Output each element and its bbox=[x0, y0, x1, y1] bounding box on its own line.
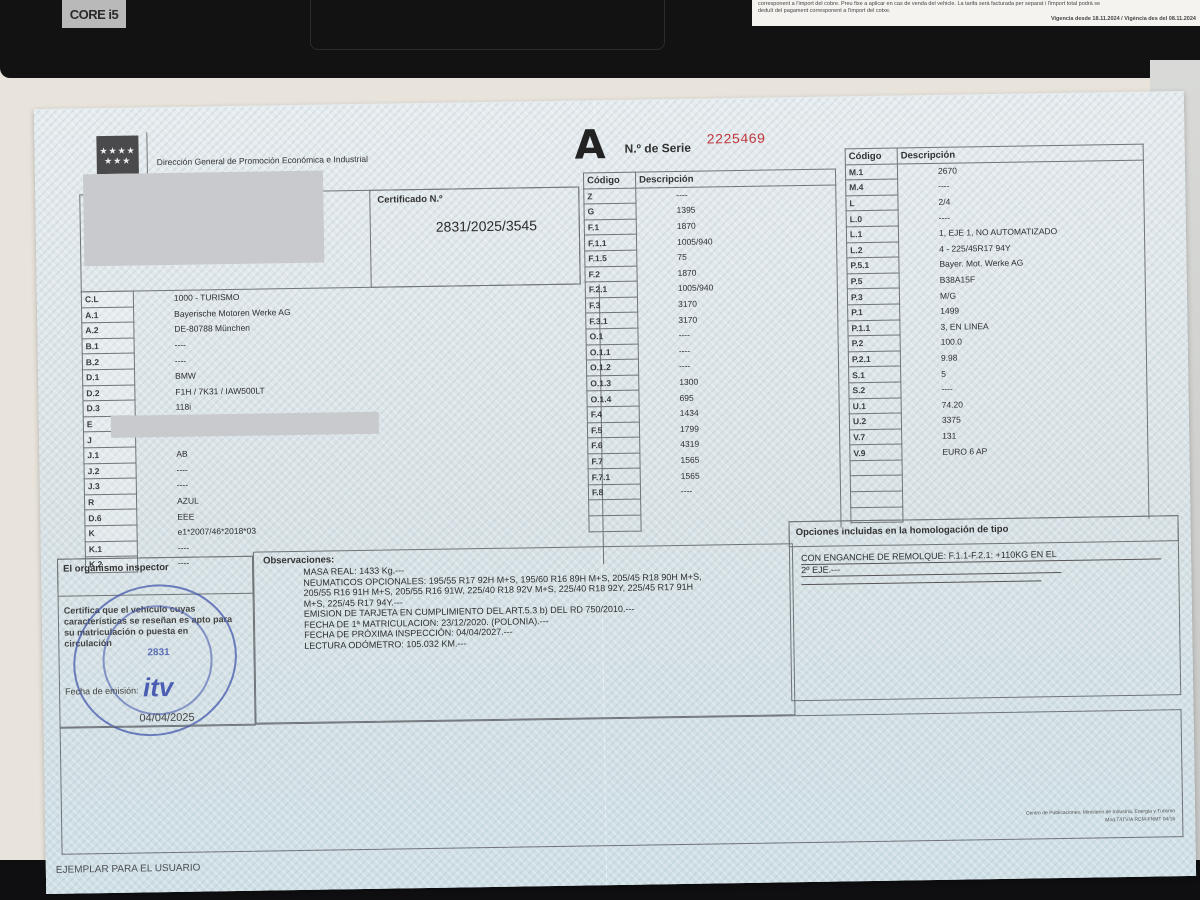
field-code: M.1 bbox=[845, 164, 897, 180]
field-code: Z bbox=[584, 188, 636, 204]
trackpad bbox=[310, 0, 665, 50]
right-fields-table: Código Descripción M.12670M.4----L2/4L.0… bbox=[845, 144, 1150, 524]
code-header: Código bbox=[583, 172, 635, 188]
field-code: D.1 bbox=[83, 369, 135, 385]
serie-label: N.º de Serie bbox=[624, 141, 691, 156]
footer-publisher: Centro de Publicaciones. Ministerio de I… bbox=[1026, 807, 1175, 825]
field-code: U.1 bbox=[849, 397, 901, 413]
field-code: F.5 bbox=[587, 422, 639, 438]
receipt-line: corresponent a l'import del cobre. Preu … bbox=[758, 1, 1194, 8]
field-code: J.1 bbox=[84, 447, 136, 463]
lower-frame bbox=[60, 709, 1184, 855]
form-letter: A bbox=[574, 122, 606, 168]
field-code: V.7 bbox=[850, 429, 902, 445]
divider bbox=[146, 132, 148, 176]
field-code: F.2 bbox=[585, 266, 637, 282]
field-code: L.1 bbox=[846, 226, 898, 242]
field-code bbox=[589, 515, 641, 531]
stamp-number: 2831 bbox=[147, 647, 169, 658]
itv-card-document: ★★★★ ★★★ Dirección General de Promoción … bbox=[34, 91, 1196, 894]
field-code: R bbox=[84, 494, 136, 510]
redacted-vin bbox=[111, 412, 379, 438]
field-code: P.1 bbox=[848, 304, 900, 320]
field-code: P.5.1 bbox=[847, 257, 899, 273]
field-code: G bbox=[584, 203, 636, 219]
field-code: J.2 bbox=[84, 463, 136, 479]
field-code: F.1.1 bbox=[584, 235, 636, 251]
field-code: P.1.1 bbox=[848, 320, 900, 336]
serie-number: 2225469 bbox=[706, 132, 765, 149]
field-code bbox=[851, 491, 903, 507]
field-code: P.3 bbox=[847, 288, 899, 304]
field-code bbox=[589, 500, 641, 516]
field-code: A.2 bbox=[82, 322, 134, 338]
field-code: F.7.1 bbox=[588, 468, 640, 484]
issue-date-label: Fecha de emisión: bbox=[65, 686, 139, 697]
receipt-line: deduït del pagament corresponent a l'imp… bbox=[758, 8, 1194, 15]
field-code: L.2 bbox=[847, 242, 899, 258]
certificate-number: 2831/2025/3545 bbox=[436, 217, 537, 235]
field-code: F.2.1 bbox=[585, 281, 637, 297]
options-text: CON ENGANCHE DE REMOLQUE: F.1.1-F.2.1: +… bbox=[801, 547, 1161, 585]
field-code: F.3 bbox=[585, 297, 637, 313]
field-code: D.6 bbox=[85, 509, 137, 525]
field-code bbox=[850, 460, 902, 476]
field-code: F.7 bbox=[588, 453, 640, 469]
field-code: F.1.5 bbox=[585, 250, 637, 266]
field-code bbox=[850, 475, 902, 491]
field-code: A.1 bbox=[82, 307, 134, 323]
field-code: B.2 bbox=[82, 353, 134, 369]
field-code: B.1 bbox=[82, 338, 134, 354]
issuer-name: Dirección General de Promoción Económica… bbox=[157, 154, 368, 167]
community-of-madrid-logo-icon: ★★★★ ★★★ bbox=[96, 135, 139, 174]
field-code: P.2.1 bbox=[848, 351, 900, 367]
itv-logo: itv bbox=[143, 672, 174, 703]
field-code: U.2 bbox=[849, 413, 901, 429]
field-code: O.1.3 bbox=[587, 375, 639, 391]
inspector-title: El organismo inspector bbox=[63, 562, 169, 575]
field-code: O.1.4 bbox=[587, 390, 639, 406]
observations-text: MASA REAL: 1433 Kg.--- NEUMATICOS OPCION… bbox=[303, 559, 804, 651]
field-code: S.1 bbox=[849, 366, 901, 382]
field-code: O.1.2 bbox=[586, 359, 638, 375]
receipt-paper: corresponent a l'import del cobre. Preu … bbox=[752, 0, 1200, 26]
field-code: D.2 bbox=[83, 385, 135, 401]
field-code: F.3.1 bbox=[586, 312, 638, 328]
redacted-area bbox=[83, 171, 324, 267]
receipt-validity: Vigencia desde 18.11.2024 / Vigència des… bbox=[1051, 16, 1196, 23]
field-code: O.1.1 bbox=[586, 344, 638, 360]
field-code: F.4 bbox=[587, 406, 639, 422]
field-code: M.4 bbox=[846, 179, 898, 195]
field-code: C.L bbox=[81, 291, 133, 307]
field-code: L bbox=[846, 195, 898, 211]
field-code: F.1 bbox=[584, 219, 636, 235]
cpu-sticker: CORE i5 bbox=[62, 0, 126, 28]
field-code: P.2 bbox=[848, 335, 900, 351]
field-code: O.1 bbox=[586, 328, 638, 344]
footer-copy-label: EJEMPLAR PARA EL USUARIO bbox=[56, 863, 201, 876]
field-code: K.1 bbox=[85, 541, 137, 557]
certificate-label: Certificado N.º bbox=[377, 194, 442, 206]
field-code: S.2 bbox=[849, 382, 901, 398]
field-code: P.5 bbox=[847, 273, 899, 289]
observations-title: Observaciones: bbox=[263, 554, 334, 566]
code-header: Código bbox=[845, 148, 897, 164]
field-code: L.0 bbox=[846, 210, 898, 226]
field-code: D.3 bbox=[83, 400, 135, 416]
issue-date: 04/04/2025 bbox=[139, 712, 194, 725]
field-code: K bbox=[85, 525, 137, 541]
middle-fields-table: Código Descripción Z----G1395F.11870F.1.… bbox=[583, 168, 842, 532]
field-code: J.3 bbox=[84, 478, 136, 494]
field-code: F.6 bbox=[588, 437, 640, 453]
field-code: V.9 bbox=[850, 444, 902, 460]
field-code: F.8 bbox=[588, 484, 640, 500]
